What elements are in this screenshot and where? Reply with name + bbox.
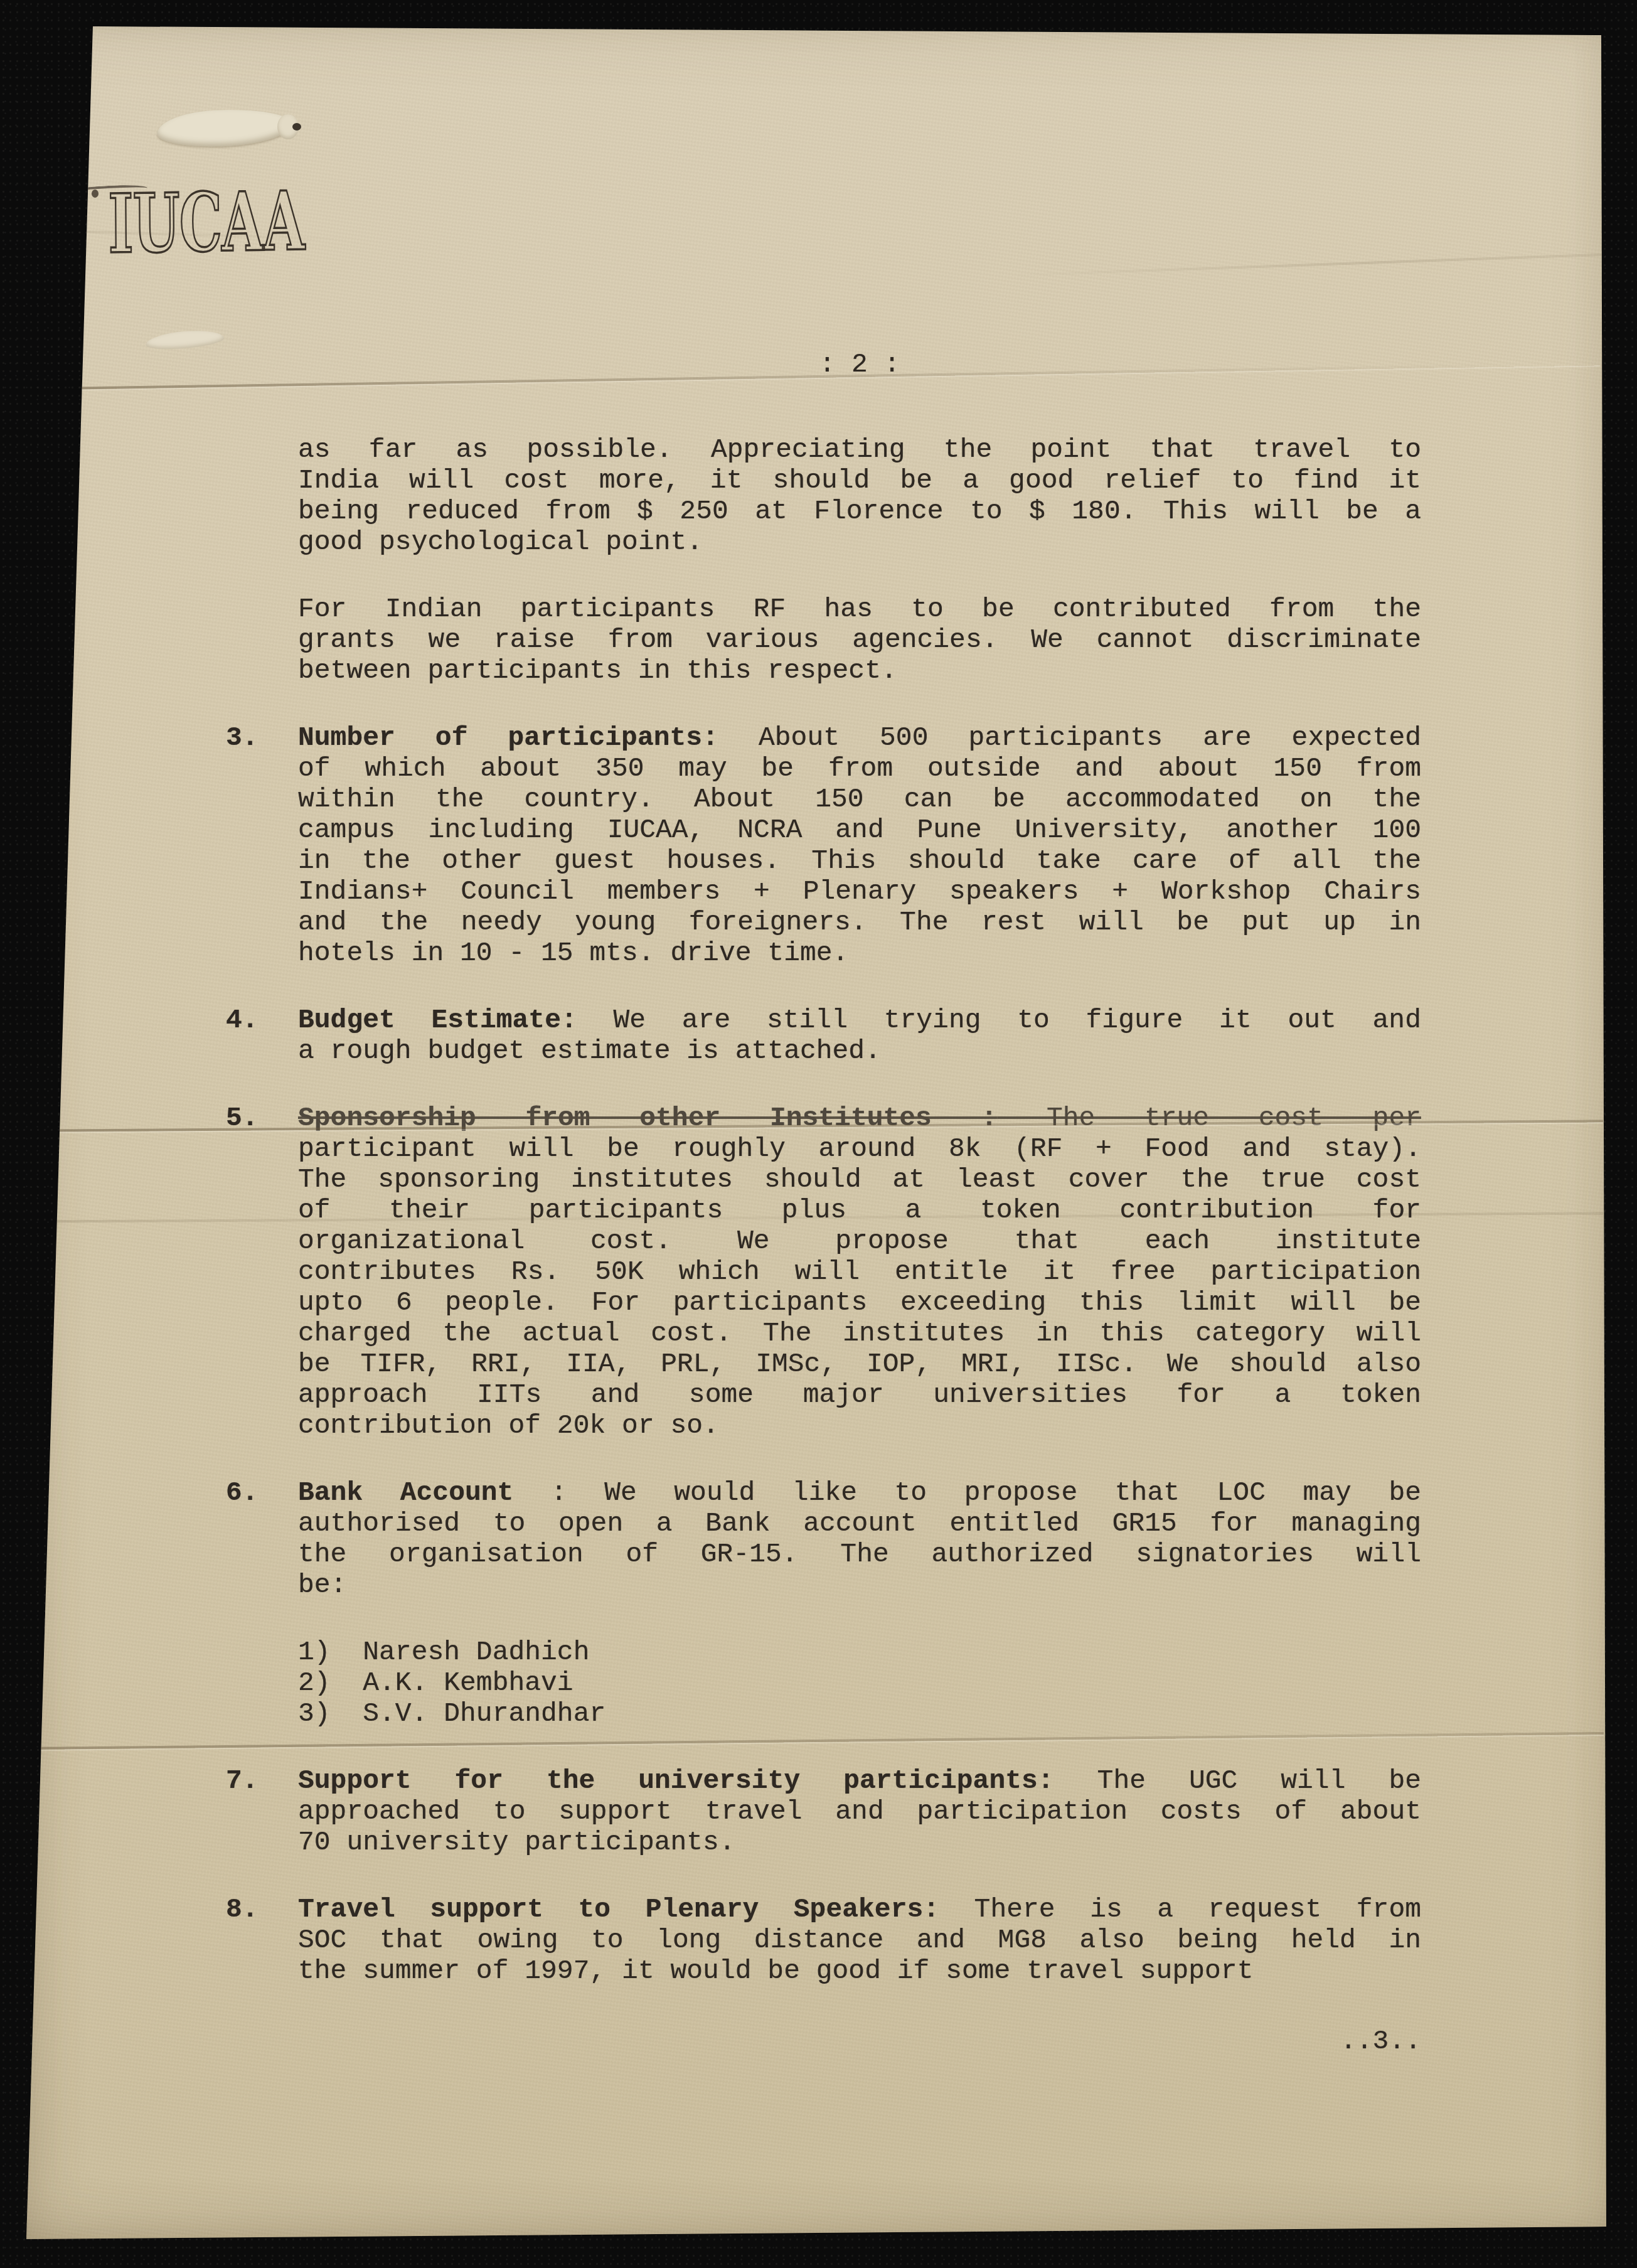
- item-heading: Number of participants:: [298, 722, 718, 753]
- paragraph: as far as possible. Appreciating the poi…: [226, 434, 1421, 557]
- item-heading: Travel support to Plenary Speakers:: [298, 1894, 939, 1925]
- item-heading: Bank Account: [298, 1477, 513, 1508]
- text-line: be:: [298, 1570, 1421, 1600]
- text-line: upto 6 people. For participants exceedin…: [298, 1287, 1421, 1318]
- text-line: the summer of 1997, it would be good if …: [298, 1955, 1421, 1986]
- text-line: organizational cost. We propose that eac…: [298, 1226, 1421, 1256]
- document-page: IUCAA : 2 : as far as possible. Apprecia…: [0, 0, 1637, 2268]
- item-number: 3.: [226, 722, 298, 968]
- numbered-item-7: 7.Support for the university participant…: [226, 1765, 1421, 1858]
- text-line: between participants in this respect.: [298, 655, 1421, 686]
- item-lines: For Indian participants RF has to be con…: [298, 594, 1421, 686]
- text-line: SOC that owing to long distance and MG8 …: [298, 1925, 1421, 1955]
- item-number: [226, 434, 298, 557]
- item-lines: as far as possible. Appreciating the poi…: [298, 434, 1421, 557]
- item-heading: Support for the university participants:: [298, 1765, 1054, 1796]
- text-line: being reduced from $ 250 at Florence to …: [298, 496, 1421, 527]
- text-line: of which about 350 may be from outside a…: [298, 753, 1421, 784]
- item-lines: Travel support to Plenary Speakers: Ther…: [298, 1894, 1421, 1986]
- item-number: 8.: [226, 1894, 298, 1986]
- text-line: the organisation of GR-15. The authorize…: [298, 1539, 1421, 1570]
- item-lines: Bank Account : We would like to propose …: [298, 1477, 1421, 1600]
- text-line: grants we raise from various agencies. W…: [298, 624, 1421, 655]
- text-line: contribution of 20k or so.: [298, 1410, 1421, 1441]
- text-line: Budget Estimate: We are still trying to …: [298, 1005, 1421, 1035]
- ink-speck: [292, 123, 301, 131]
- item-heading: Budget Estimate:: [298, 1005, 577, 1035]
- text-line: Support for the university participants:…: [298, 1765, 1421, 1796]
- item-lines: Sponsorship from other Institutes : The …: [298, 1103, 1421, 1441]
- numbered-item-5: 5.Sponsorship from other Institutes : Th…: [226, 1103, 1421, 1441]
- text-line: as far as possible. Appreciating the poi…: [298, 434, 1421, 465]
- text-line: charged the actual cost. The institutes …: [298, 1318, 1421, 1349]
- item-number: [226, 594, 298, 686]
- numbered-item-3: 3.Number of participants: About 500 part…: [226, 722, 1421, 968]
- footer-page-ref: ..3..: [1239, 2026, 1421, 2057]
- text-line: Travel support to Plenary Speakers: Ther…: [298, 1894, 1421, 1925]
- text-line: 2) A.K. Kembhavi: [298, 1667, 1421, 1698]
- scan-background: IUCAA : 2 : as far as possible. Apprecia…: [0, 0, 1637, 2268]
- text-line: Number of participants: About 500 partic…: [298, 722, 1421, 753]
- text-line: and the needy young foreigners. The rest…: [298, 907, 1421, 938]
- text-line: in the other guest houses. This should t…: [298, 845, 1421, 876]
- numbered-item-4: 4.Budget Estimate: We are still trying t…: [226, 1005, 1421, 1066]
- paragraph: For Indian participants RF has to be con…: [226, 594, 1421, 686]
- item-heading: Sponsorship from other Institutes :: [298, 1103, 997, 1133]
- text-line: contributes Rs. 50K which will entitle i…: [298, 1256, 1421, 1287]
- item-number: 4.: [226, 1005, 298, 1066]
- text-line: authorised to open a Bank account entitl…: [298, 1508, 1421, 1539]
- text-line: be TIFR, RRI, IIA, PRL, IMSc, IOP, MRI, …: [298, 1349, 1421, 1379]
- numbered-item-6: 6.Bank Account : We would like to propos…: [226, 1477, 1421, 1600]
- text-line: India will cost more, it should be a goo…: [298, 465, 1421, 496]
- text-line: a rough budget estimate is attached.: [298, 1035, 1421, 1066]
- text-line: Indians+ Council members + Plenary speak…: [298, 876, 1421, 907]
- text-line: 3) S.V. Dhurandhar: [298, 1698, 1421, 1729]
- text-line: Sponsorship from other Institutes : The …: [298, 1103, 1421, 1133]
- item-lines: Budget Estimate: We are still trying to …: [298, 1005, 1421, 1066]
- page-number: : 2 :: [298, 349, 1421, 380]
- signatory-list: 1) Naresh Dadhich2) A.K. Kembhavi3) S.V.…: [226, 1637, 1421, 1729]
- text-line: campus including IUCAA, NCRA and Pune Un…: [298, 815, 1421, 845]
- text-line: within the country. About 150 can be acc…: [298, 784, 1421, 815]
- text-line: 1) Naresh Dadhich: [298, 1637, 1421, 1667]
- item-lines: Number of participants: About 500 partic…: [298, 722, 1421, 968]
- document-body: as far as possible. Appreciating the poi…: [226, 434, 1421, 1986]
- text-line: good psychological point.: [298, 527, 1421, 557]
- item-number: [226, 1637, 298, 1729]
- item-lines: 1) Naresh Dadhich2) A.K. Kembhavi3) S.V.…: [298, 1637, 1421, 1729]
- item-number: 7.: [226, 1765, 298, 1858]
- item-lines: Support for the university participants:…: [298, 1765, 1421, 1858]
- text-line: hotels in 10 - 15 mts. drive time.: [298, 938, 1421, 968]
- text-line: approached to support travel and partici…: [298, 1796, 1421, 1827]
- text-line: For Indian participants RF has to be con…: [298, 594, 1421, 624]
- text-line: Bank Account : We would like to propose …: [298, 1477, 1421, 1508]
- numbered-item-8: 8.Travel support to Plenary Speakers: Th…: [226, 1894, 1421, 1986]
- text-line: of their participants plus a token contr…: [298, 1195, 1421, 1226]
- iucaa-logo: IUCAA: [108, 174, 304, 272]
- text-line: approach IITs and some major universitie…: [298, 1379, 1421, 1410]
- pen-scribble: [92, 190, 99, 198]
- item-number: 6.: [226, 1477, 298, 1600]
- text-line: The sponsoring institutes should at leas…: [298, 1164, 1421, 1195]
- text-line: 70 university participants.: [298, 1827, 1421, 1858]
- text-line: participant will be roughly around 8k (R…: [298, 1133, 1421, 1164]
- item-number: 5.: [226, 1103, 298, 1441]
